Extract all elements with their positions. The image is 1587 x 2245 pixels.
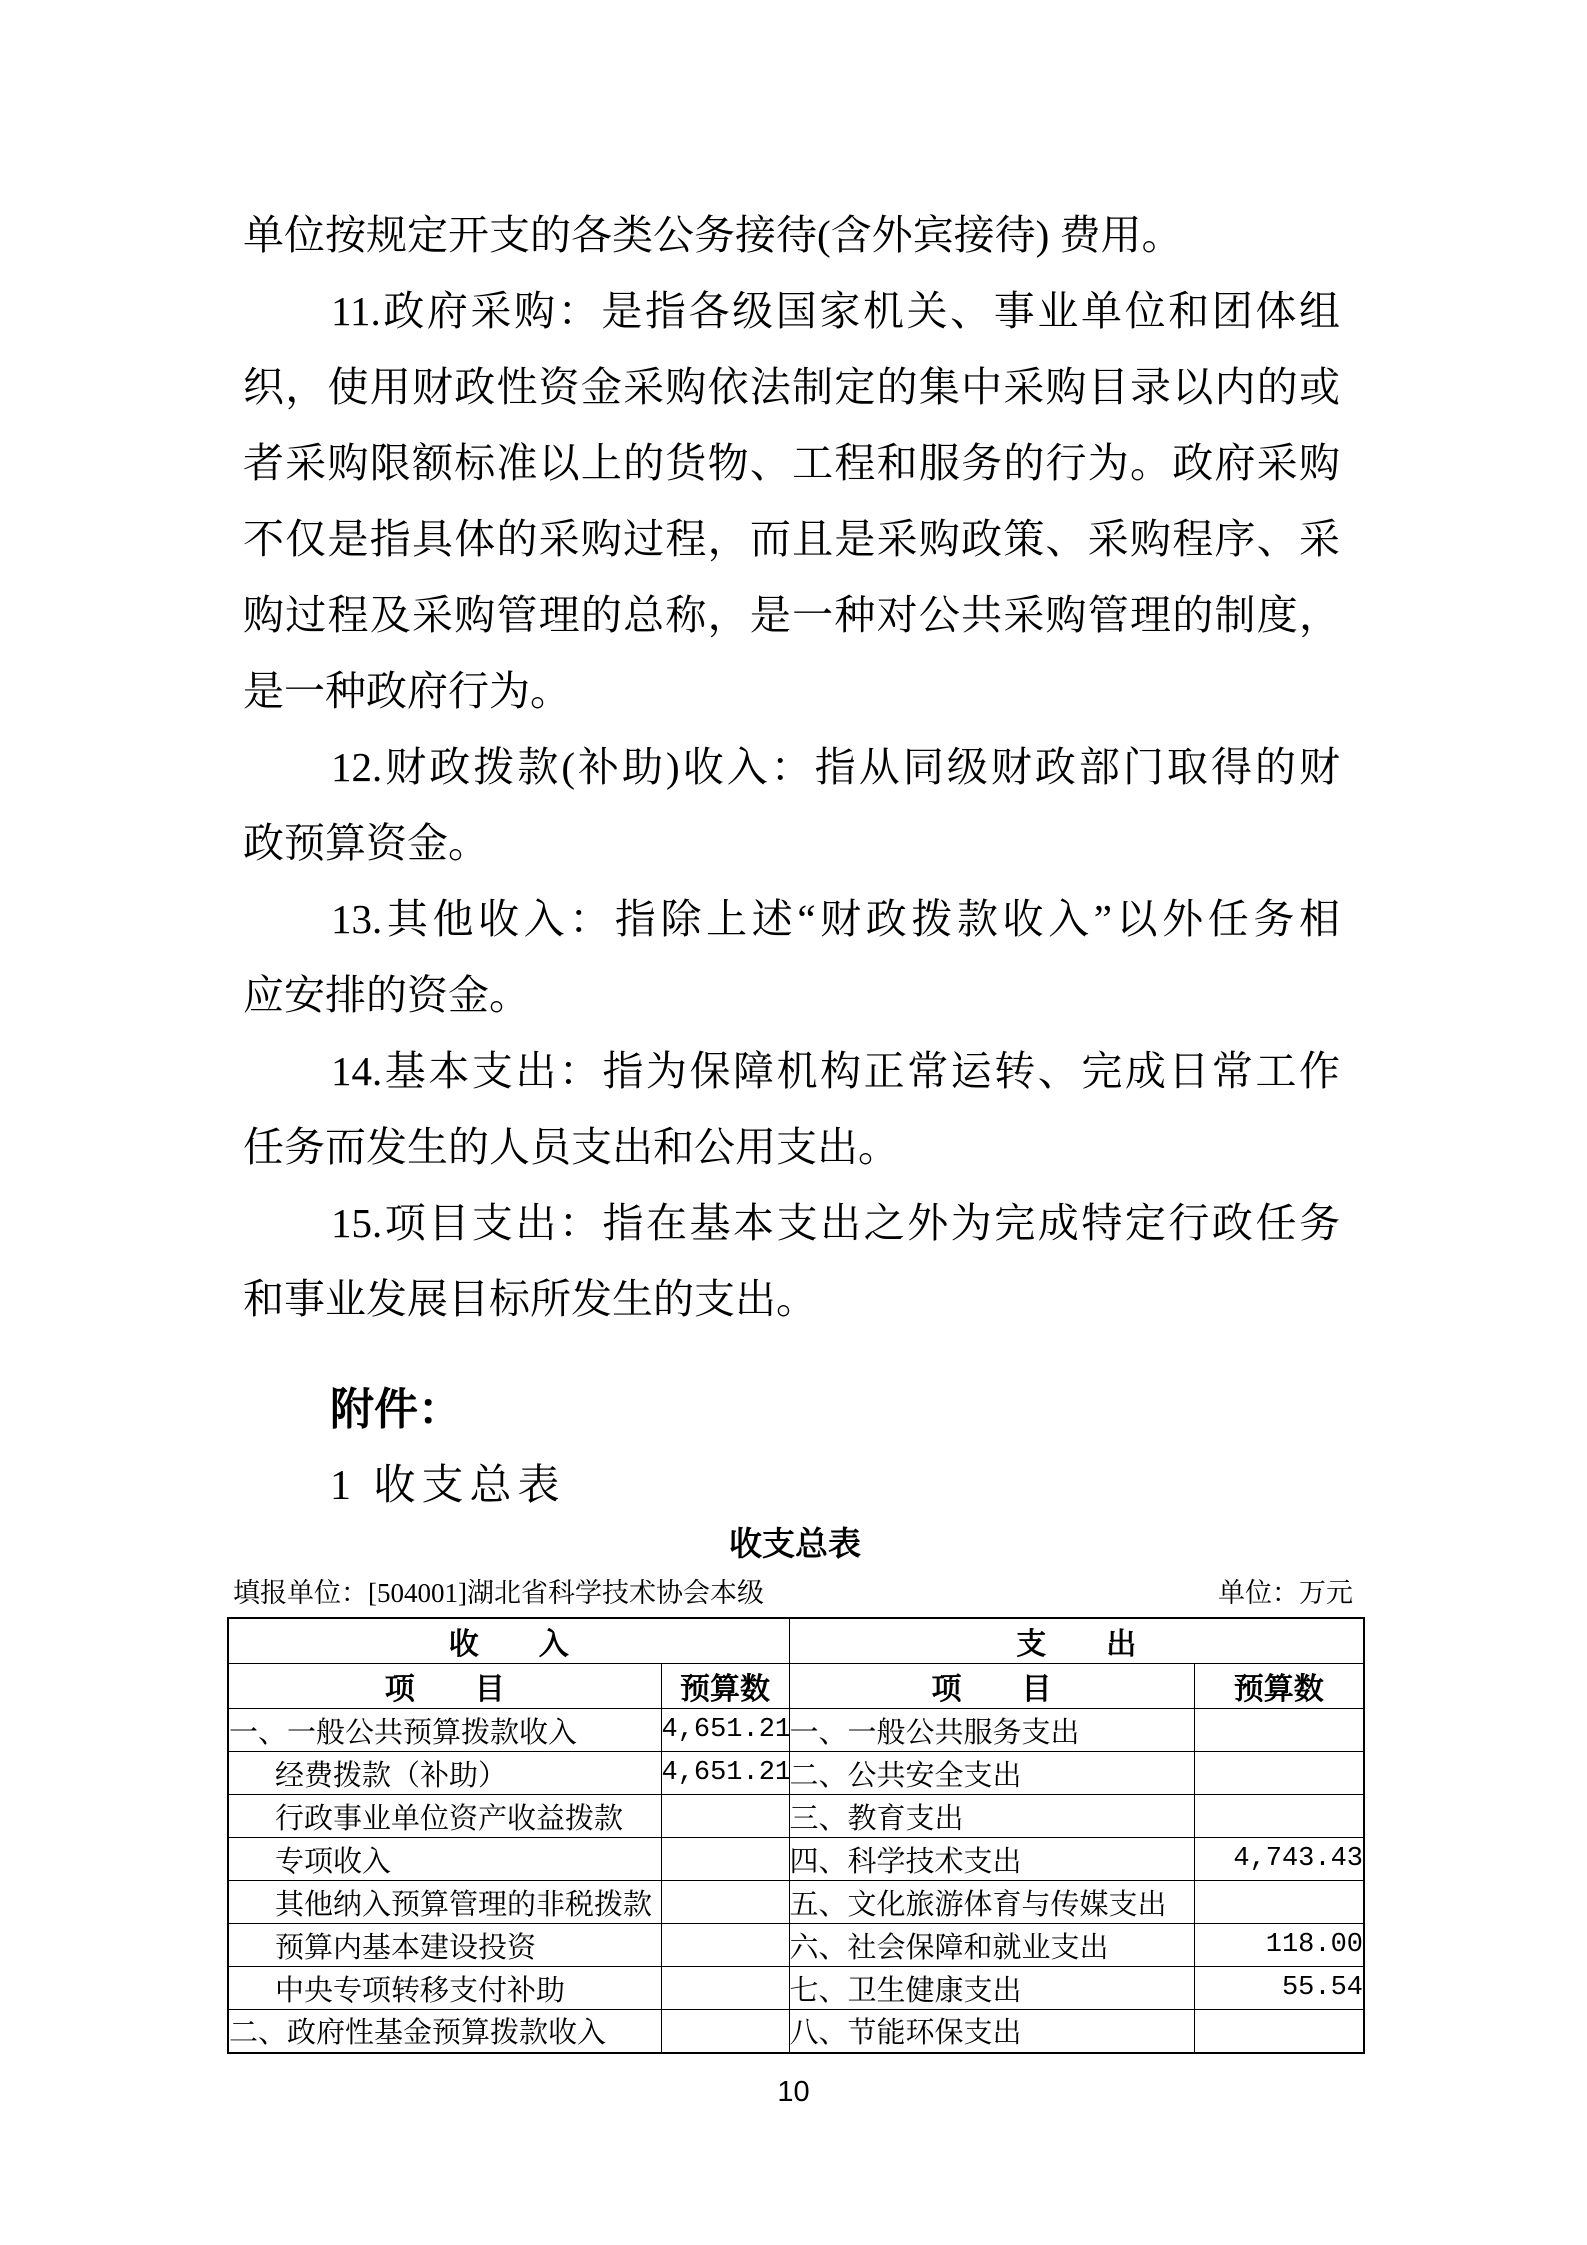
expense-item-column-header: 项 目 <box>789 1664 1194 1709</box>
body-text-line: 12.财政拨款(补助)收入：指从同级财政部门取得的财 <box>243 729 1340 805</box>
column-header-row: 项 目 预算数 项 目 预算数 <box>228 1664 1364 1709</box>
income-item-cell: 二、政府性基金预算拨款收入 <box>228 2010 661 2053</box>
expense-item-label: 五、文化旅游体育与传媒支出 <box>790 1889 1167 1921</box>
income-item-column-header: 项 目 <box>228 1664 661 1709</box>
income-item-label: 行政事业单位资产收益拨款 <box>229 1796 623 1837</box>
table-row: 其他纳入预算管理的非税拨款 五、文化旅游体育与传媒支出 <box>228 1881 1364 1924</box>
body-text-line: 15.项目支出：指在基本支出之外为完成特定行政任务 <box>243 1185 1340 1261</box>
income-budget-cell <box>661 1881 789 1924</box>
expense-budget-cell: 4,743.43 <box>1194 1838 1364 1881</box>
table-row: 二、政府性基金预算拨款收入 八、节能环保支出 <box>228 2010 1364 2053</box>
expense-budget-cell <box>1194 2010 1364 2053</box>
expense-item-cell: 七、卫生健康支出 <box>789 1967 1194 2010</box>
income-item-cell: 预算内基本建设投资 <box>228 1924 661 1967</box>
body-text-block: 单位按规定开支的各类公务接待(含外宾接待) 费用。 11.政府采购：是指各级国家… <box>243 197 1340 1337</box>
expense-item-cell: 一、一般公共服务支出 <box>789 1709 1194 1752</box>
income-budget-cell: 4,651.21 <box>661 1752 789 1795</box>
income-item-cell: 行政事业单位资产收益拨款 <box>228 1795 661 1838</box>
section-header-row: 收 入 支 出 <box>228 1618 1364 1664</box>
expense-budget-cell: 118.00 <box>1194 1924 1364 1967</box>
body-text-line: 者采购限额标准以上的货物、工程和服务的行为。政府采购 <box>243 425 1340 501</box>
table-row: 一、一般公共预算拨款收入 4,651.21 一、一般公共服务支出 <box>228 1709 1364 1752</box>
income-item-label: 预算内基本建设投资 <box>229 1925 536 1966</box>
table-row: 行政事业单位资产收益拨款 三、教育支出 <box>228 1795 1364 1838</box>
expense-item-cell: 六、社会保障和就业支出 <box>789 1924 1194 1967</box>
expense-item-label: 六、社会保障和就业支出 <box>790 1932 1109 1964</box>
body-text-line: 和事业发展目标所发生的支出。 <box>243 1261 1340 1337</box>
income-item-cell: 其他纳入预算管理的非税拨款 <box>228 1881 661 1924</box>
expense-budget-cell <box>1194 1709 1364 1752</box>
income-item-cell: 中央专项转移支付补助 <box>228 1967 661 2010</box>
body-text-line: 单位按规定开支的各类公务接待(含外宾接待) 费用。 <box>243 197 1340 273</box>
income-budget-cell: 4,651.21 <box>661 1709 789 1752</box>
table-meta-row: 填报单位：[504001]湖北省科学技术协会本级 单位：万元 <box>227 1574 1363 1612</box>
table-row: 预算内基本建设投资 六、社会保障和就业支出 118.00 <box>228 1924 1364 1967</box>
income-budget-column-header: 预算数 <box>661 1664 789 1709</box>
expense-budget-cell: 55.54 <box>1194 1967 1364 2010</box>
expense-item-label: 七、卫生健康支出 <box>790 1975 1022 2007</box>
expense-item-cell: 五、文化旅游体育与传媒支出 <box>789 1881 1194 1924</box>
table-row: 专项收入 四、科学技术支出 4,743.43 <box>228 1838 1364 1881</box>
income-item-label: 经费拨款（补助） <box>229 1753 507 1794</box>
income-item-label: 专项收入 <box>229 1839 391 1880</box>
body-text-line: 14.基本支出：指为保障机构正常运转、完成日常工作 <box>243 1033 1340 1109</box>
income-expense-table: 收 入 支 出 项 目 预算数 项 目 预算数 一、一般公共预算拨款收入 4,6… <box>227 1617 1365 2054</box>
income-budget-cell <box>661 1967 789 2010</box>
income-item-cell: 一、一般公共预算拨款收入 <box>228 1709 661 1752</box>
expense-section-header: 支 出 <box>789 1618 1364 1664</box>
body-text-line: 11.政府采购：是指各级国家机关、事业单位和团体组 <box>243 273 1340 349</box>
expense-item-cell: 四、科学技术支出 <box>789 1838 1194 1881</box>
expense-item-label: 二、公共安全支出 <box>790 1760 1022 1792</box>
table-title: 收支总表 <box>227 1522 1363 1566</box>
body-text-line: 13.其他收入：指除上述“财政拨款收入”以外任务相 <box>243 881 1340 957</box>
expense-budget-column-header: 预算数 <box>1194 1664 1364 1709</box>
body-text-line: 任务而发生的人员支出和公用支出。 <box>243 1109 1340 1185</box>
expense-item-label: 八、节能环保支出 <box>790 2017 1022 2049</box>
income-item-label: 其他纳入预算管理的非税拨款 <box>229 1882 652 1923</box>
unit-label: 单位：万元 <box>1218 1574 1353 1612</box>
income-item-label: 一、一般公共预算拨款收入 <box>229 1717 577 1749</box>
table-row: 经费拨款（补助） 4,651.21 二、公共安全支出 <box>228 1752 1364 1795</box>
income-budget-cell <box>661 1795 789 1838</box>
body-text-line: 是一种政府行为。 <box>243 653 1340 729</box>
body-text-line: 政预算资金。 <box>243 805 1340 881</box>
expense-item-label: 三、教育支出 <box>790 1803 964 1835</box>
body-text-line: 购过程及采购管理的总称，是一种对公共采购管理的制度， <box>243 577 1340 653</box>
attachment-heading: 附件： <box>330 1372 462 1448</box>
income-item-label: 二、政府性基金预算拨款收入 <box>229 2017 606 2049</box>
expense-budget-cell <box>1194 1795 1364 1838</box>
body-text-line: 不仅是指具体的采购过程，而且是采购政策、采购程序、采 <box>243 501 1340 577</box>
body-text-line: 应安排的资金。 <box>243 957 1340 1033</box>
income-item-label: 中央专项转移支付补助 <box>229 1968 565 2009</box>
income-item-cell: 经费拨款（补助） <box>228 1752 661 1795</box>
expense-budget-cell <box>1194 1881 1364 1924</box>
page-number: 10 <box>0 2076 1587 2109</box>
table-row: 中央专项转移支付补助 七、卫生健康支出 55.54 <box>228 1967 1364 2010</box>
income-item-cell: 专项收入 <box>228 1838 661 1881</box>
reporting-unit-label: 填报单位：[504001]湖北省科学技术协会本级 <box>233 1574 764 1612</box>
expense-budget-cell <box>1194 1752 1364 1795</box>
expense-item-label: 四、科学技术支出 <box>790 1846 1022 1878</box>
expense-item-cell: 二、公共安全支出 <box>789 1752 1194 1795</box>
income-budget-cell <box>661 2010 789 2053</box>
income-budget-cell <box>661 1838 789 1881</box>
income-section-header: 收 入 <box>228 1618 789 1664</box>
expense-item-cell: 八、节能环保支出 <box>789 2010 1194 2053</box>
document-page: 单位按规定开支的各类公务接待(含外宾接待) 费用。 11.政府采购：是指各级国家… <box>0 0 1587 2245</box>
body-text-line: 织，使用财政性资金采购依法制定的集中采购目录以内的或 <box>243 349 1340 425</box>
income-budget-cell <box>661 1924 789 1967</box>
expense-item-label: 一、一般公共服务支出 <box>790 1717 1080 1749</box>
expense-item-cell: 三、教育支出 <box>789 1795 1194 1838</box>
attachment-item: 1 收支总表 <box>330 1448 566 1524</box>
